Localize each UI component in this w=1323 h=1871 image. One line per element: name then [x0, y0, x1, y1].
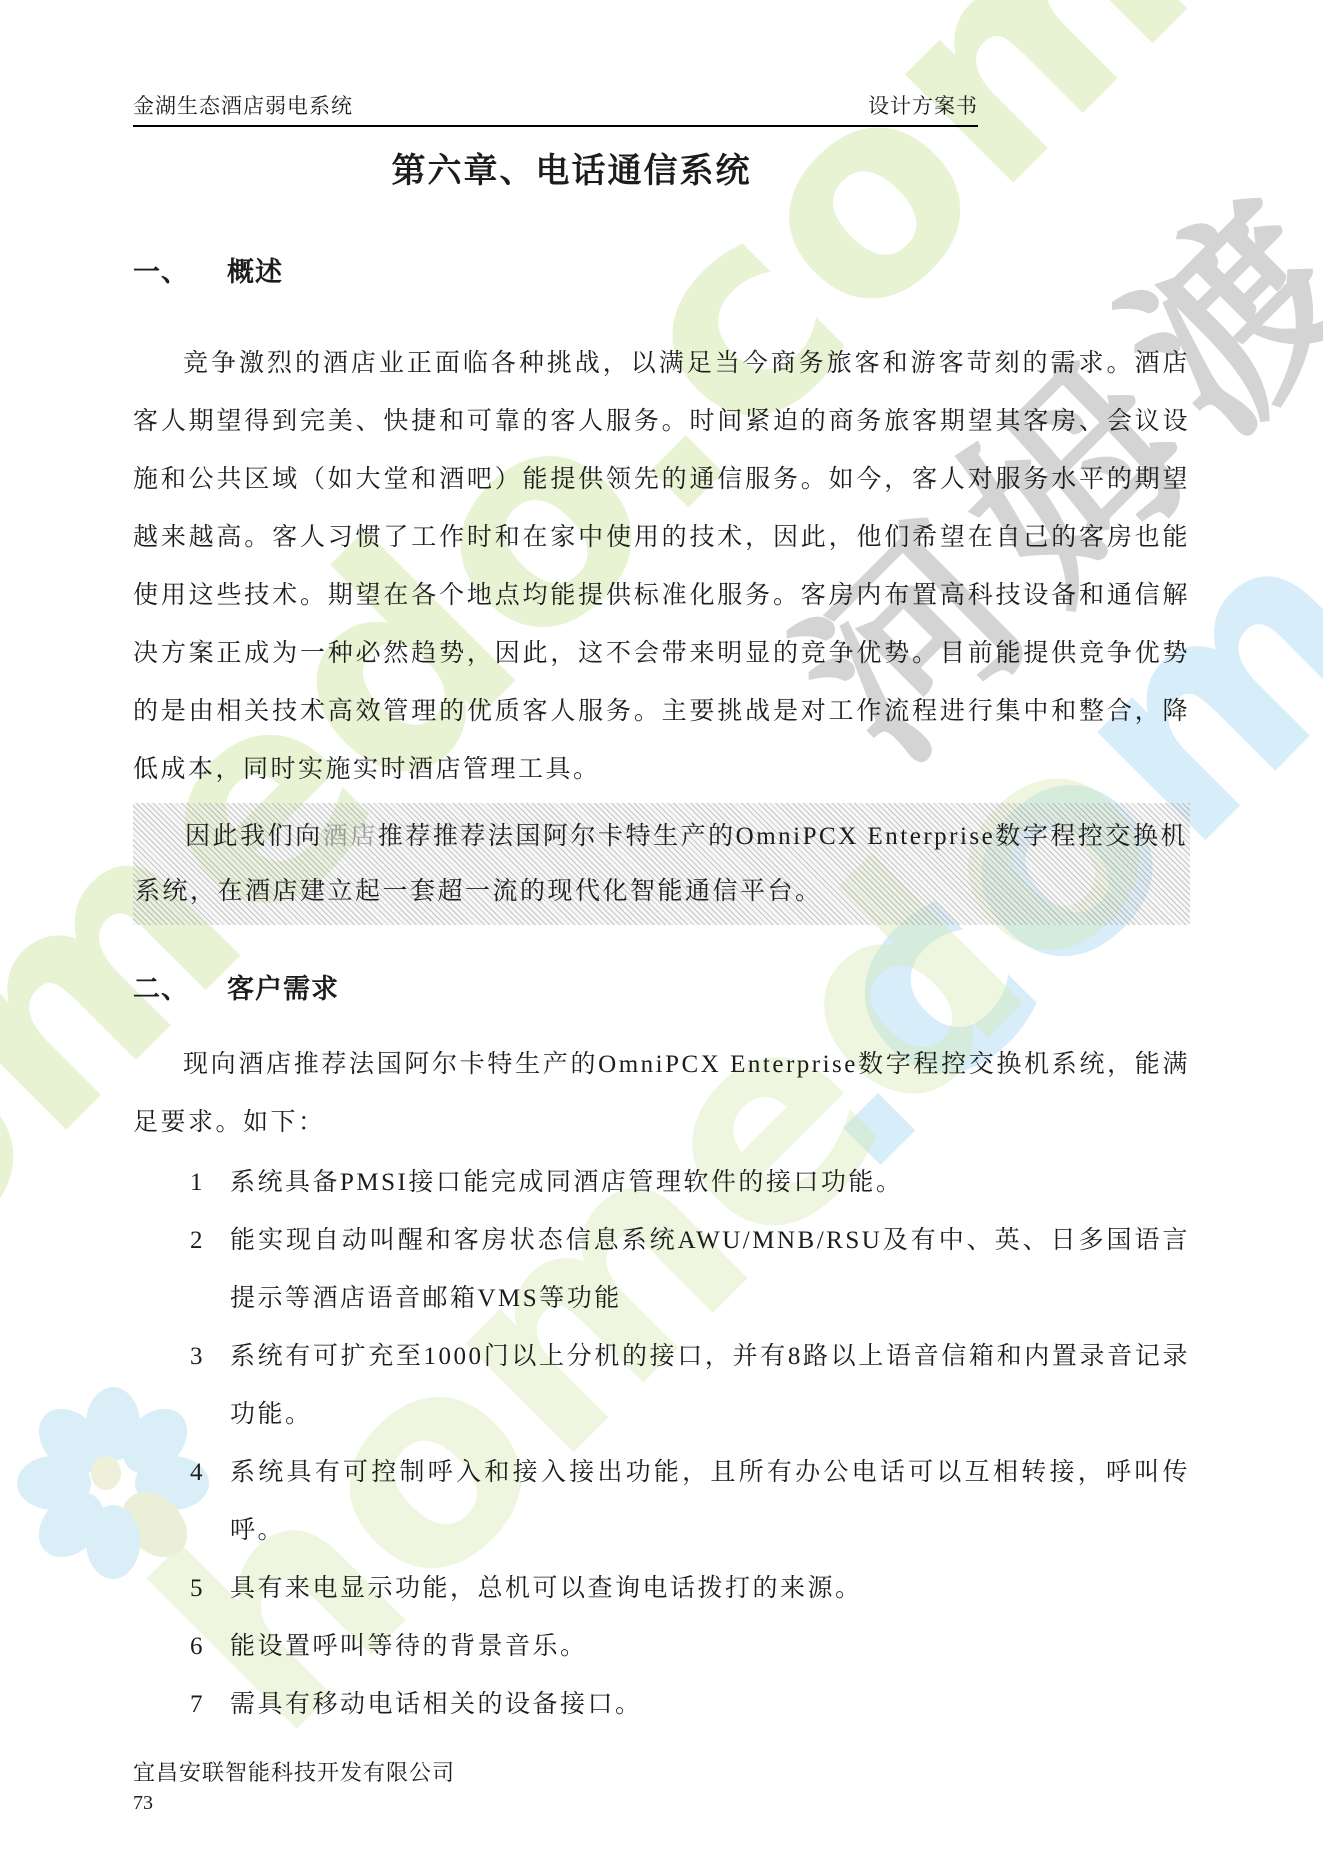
requirement-number: 1 — [190, 1154, 230, 1212]
requirement-item: 5 具有来电显示功能，总机可以查询电话拨打的来源。 — [133, 1560, 1190, 1618]
header-right-title: 设计方案书 — [868, 90, 978, 120]
requirement-item: 6 能设置呼叫等待的背景音乐。 — [133, 1618, 1190, 1676]
page-footer: 宜昌安联智能科技开发有限公司 73 — [133, 1758, 1190, 1818]
requirement-number: 7 — [190, 1676, 230, 1734]
requirement-item: 7 需具有移动电话相关的设备接口。 — [133, 1676, 1190, 1734]
page-content: 金湖生态酒店弱电系统 设计方案书 第六章、电话通信系统 一、概述 竞争激烈的酒店… — [0, 0, 1323, 1818]
requirements-intro-paragraph: 现向酒店推荐法国阿尔卡特生产的OmniPCX Enterprise数字程控交换机… — [133, 1036, 1190, 1152]
hotel-placeholder: 酒店 — [323, 823, 378, 850]
requirement-text: 系统有可扩充至1000门以上分机的接口，并有8路以上语音信箱和内置录音记录功能。 — [230, 1328, 1190, 1444]
section-overview-heading: 一、概述 — [133, 250, 1190, 289]
requirement-text: 需具有移动电话相关的设备接口。 — [230, 1676, 1190, 1734]
chapter-title: 第六章、电话通信系统 — [133, 143, 1190, 192]
requirement-number: 6 — [190, 1618, 230, 1676]
requirement-text: 能实现自动叫醒和客房状态信息系统AWU/MNB/RSU及有中、英、日多国语言提示… — [230, 1212, 1190, 1328]
section-overview-label: 概述 — [227, 257, 283, 287]
requirement-text: 能设置呼叫等待的背景音乐。 — [230, 1618, 1190, 1676]
requirement-item: 2 能实现自动叫醒和客房状态信息系统AWU/MNB/RSU及有中、英、日多国语言… — [133, 1212, 1190, 1328]
requirement-item: 1 系统具备PMSI接口能完成同酒店管理软件的接口功能。 — [133, 1154, 1190, 1212]
requirements-list: 1 系统具备PMSI接口能完成同酒店管理软件的接口功能。 2 能实现自动叫醒和客… — [133, 1154, 1190, 1734]
requirement-item: 4 系统具有可控制呼入和接入接出功能，且所有办公电话可以互相转接，呼叫传呼。 — [133, 1444, 1190, 1560]
section-overview-number: 一、 — [133, 257, 189, 287]
page-header: 金湖生态酒店弱电系统 设计方案书 — [133, 90, 978, 127]
requirement-text: 系统具备PMSI接口能完成同酒店管理软件的接口功能。 — [230, 1154, 1190, 1212]
requirement-item: 3 系统有可扩充至1000门以上分机的接口，并有8路以上语音信箱和内置录音记录功… — [133, 1328, 1190, 1444]
section-requirements-heading: 二、客户需求 — [133, 967, 1190, 1006]
requirement-number: 5 — [190, 1560, 230, 1618]
highlight-prefix: 因此我们向 — [185, 823, 323, 850]
section-requirements-label: 客户需求 — [227, 974, 339, 1004]
overview-paragraph: 竞争激烈的酒店业正面临各种挑战，以满足当今商务旅客和游客苛刻的需求。酒店客人期望… — [133, 335, 1190, 799]
requirement-number: 4 — [190, 1444, 230, 1560]
footer-page-number: 73 — [133, 1788, 1190, 1818]
requirement-number: 2 — [190, 1212, 230, 1328]
requirement-number: 3 — [190, 1328, 230, 1444]
recommendation-highlight: 因此我们向酒店推荐推荐法国阿尔卡特生产的OmniPCX Enterprise数字… — [133, 803, 1190, 925]
footer-company-name: 宜昌安联智能科技开发有限公司 — [133, 1758, 1190, 1788]
header-left-title: 金湖生态酒店弱电系统 — [133, 90, 353, 120]
document-page: homedo.com .com homedo 河姆渡 金湖生态酒店弱电系统 设计… — [0, 0, 1323, 1871]
section-requirements-number: 二、 — [133, 974, 189, 1004]
requirement-text: 系统具有可控制呼入和接入接出功能，且所有办公电话可以互相转接，呼叫传呼。 — [230, 1444, 1190, 1560]
requirement-text: 具有来电显示功能，总机可以查询电话拨打的来源。 — [230, 1560, 1190, 1618]
